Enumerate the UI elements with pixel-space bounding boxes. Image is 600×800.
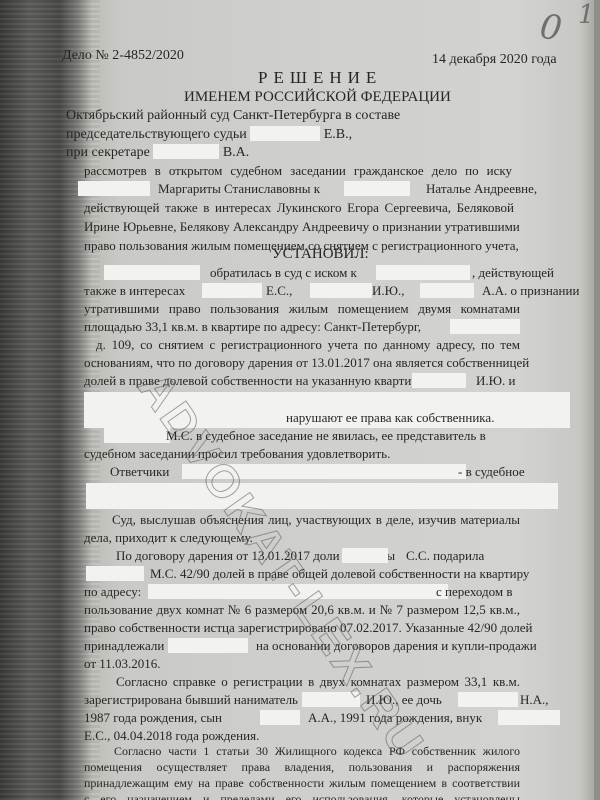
document-title: РЕШЕНИЕ (258, 70, 382, 85)
text-line: Согласно справке о регистрации в двух ко… (116, 674, 520, 689)
text-line: обратилась в суд с иском к , действующей (104, 265, 520, 280)
redacted (342, 548, 388, 563)
handwritten-mark: 0 (537, 7, 564, 50)
redacted (182, 464, 466, 479)
text-line: Согласно части 1 статьи 30 Жилищного код… (114, 744, 520, 759)
text-line: основаниям, что по договору дарения от 1… (84, 355, 520, 370)
intro-line: Маргариты Станиславовны к Наталье Андрее… (78, 181, 514, 196)
text-line: площадью 33,1 кв.м. в квартире по адресу… (84, 319, 520, 334)
document-page: 0 1 Дело № 2-4852/2020 14 декабря 2020 г… (0, 0, 600, 800)
redacted (498, 710, 560, 725)
text-line: судебном заседании просил требования удо… (84, 446, 390, 461)
redacted (412, 373, 466, 388)
redacted (104, 428, 170, 443)
text-line: помещения осуществляет права владения, п… (84, 760, 520, 775)
intro-line: действующей также в интересах Лукинского… (84, 200, 514, 215)
redacted (344, 181, 410, 196)
text-line: право собственности истца зарегистрирова… (84, 620, 520, 635)
text-line: от 11.03.2016. (84, 656, 161, 671)
handwritten-mark: 1 (578, 0, 595, 30)
redacted (260, 710, 300, 725)
redacted (310, 283, 372, 298)
judge-line: председательствующего судьи Е.В., (66, 126, 352, 142)
text-line: М.С. 42/90 долей в праве общей долевой с… (86, 566, 520, 581)
text-line: принадлежащим ему на праве собственности… (84, 776, 520, 791)
text-line: с его назначением и пределами его исполь… (84, 792, 520, 800)
text-line: М.С. в судебное заседание не явилась, ее… (104, 428, 520, 443)
text-line: Е.С., 04.04.2018 года рождения. (84, 728, 259, 743)
text-line: пользование двух комнат № 6 размером 20,… (84, 602, 520, 617)
case-number: Дело № 2-4852/2020 (62, 48, 184, 63)
redacted (153, 144, 219, 159)
secretary-line: при секретаре В.А. (66, 144, 249, 160)
page-edge (594, 0, 600, 800)
redacted (90, 410, 296, 425)
document-subtitle: ИМЕНЕМ РОССИЙСКОЙ ФЕДЕРАЦИИ (184, 90, 451, 105)
intro-line: рассмотрев в открытом судебном заседании… (84, 163, 512, 178)
text-line: дела, приходит к следующему. (84, 530, 253, 545)
text-line: Суд, выслушав объяснения лиц, участвующи… (112, 512, 520, 527)
redacted (420, 283, 474, 298)
redacted (168, 638, 248, 653)
redacted (202, 283, 262, 298)
redacted (450, 319, 520, 334)
text-line: долей в праве долевой собственности на у… (84, 373, 520, 388)
redacted (302, 692, 360, 707)
redacted-block (86, 483, 558, 509)
text-line: также в интересах Е.С., И.Ю., А.А. о при… (84, 283, 520, 298)
intro-line: Ирине Юрьевне, Белякову Александру Андре… (84, 219, 514, 234)
text-line: зарегистрирована бывший наниматель И.Ю.,… (84, 692, 520, 707)
text-line: нарушают ее права как собственника. (90, 410, 510, 425)
text-line: 1987 года рождения, сын А.А., 1991 года … (84, 710, 520, 725)
text-line: Ответчики - в судебное (110, 464, 520, 479)
decision-date: 14 декабря 2020 года (432, 52, 557, 67)
redacted (104, 265, 200, 280)
redacted (78, 181, 150, 196)
redacted (376, 265, 470, 280)
text-line: По договору дарения от 13.01.2017 доли к… (116, 548, 520, 563)
redacted (250, 126, 320, 141)
redacted (458, 692, 518, 707)
redacted (86, 566, 144, 581)
text-line: по адресу: с переходом в (84, 584, 520, 599)
text-line: д. 109, со снятием с регистрационного уч… (96, 337, 520, 352)
redacted (148, 584, 448, 599)
court-line: Октябрьский районный суд Санкт-Петербург… (66, 108, 400, 123)
text-line: утратившими право пользования жилым поме… (84, 301, 520, 316)
section-heading: УСТАНОВИЛ: (272, 247, 369, 262)
text-line: принадлежали на основании договоров даре… (84, 638, 520, 653)
